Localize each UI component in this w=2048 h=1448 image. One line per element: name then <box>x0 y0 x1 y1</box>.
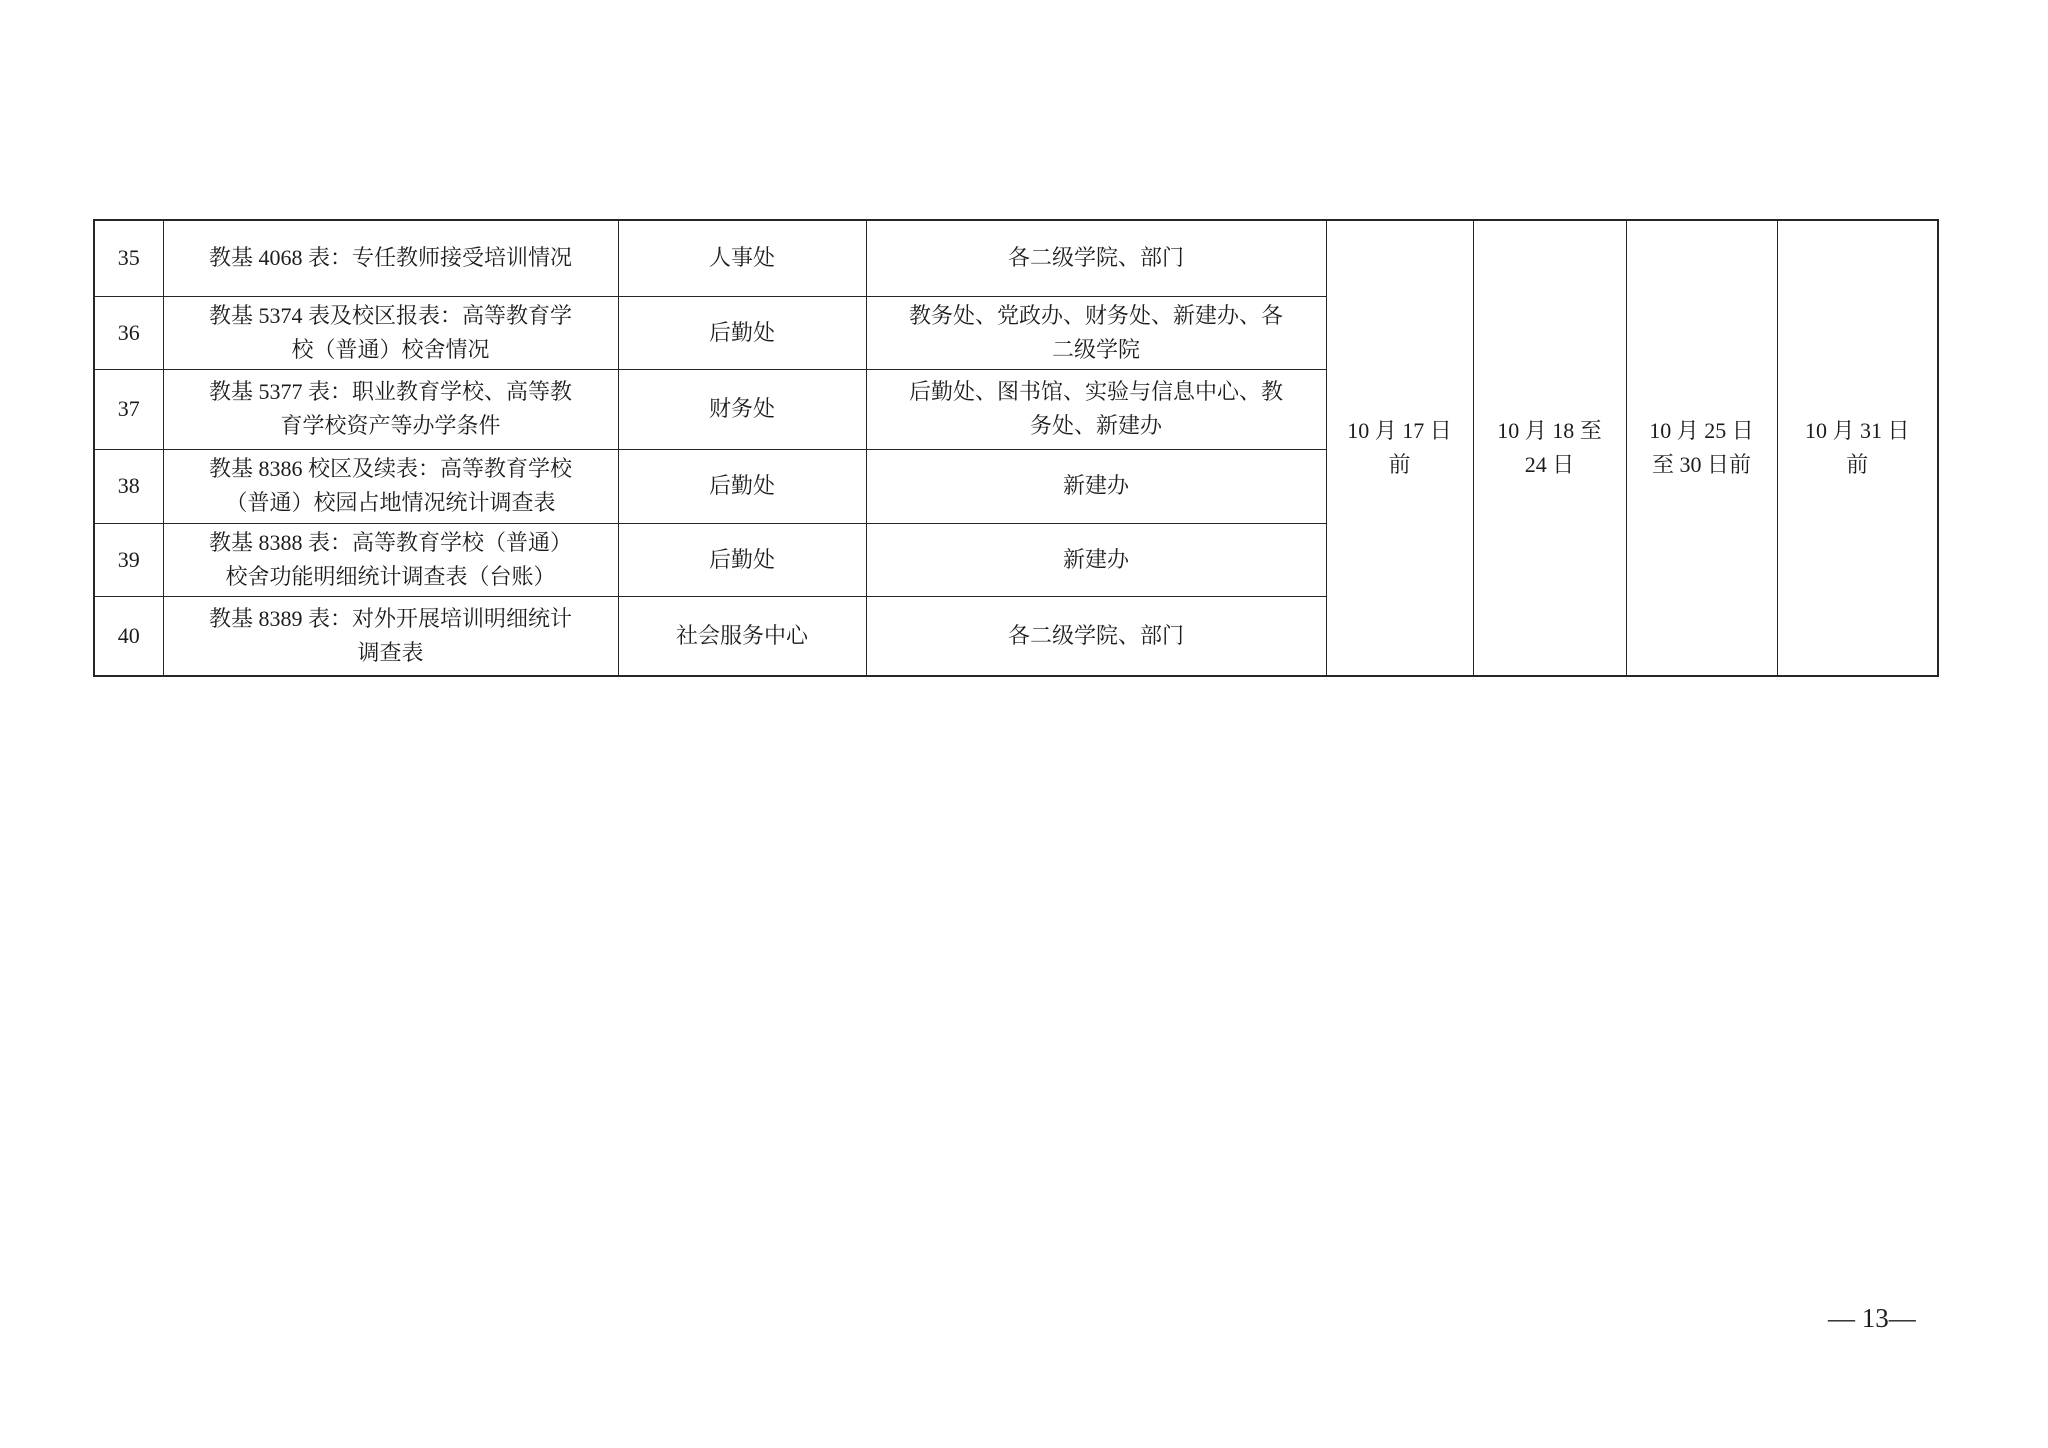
recipients: 各二级学院、部门 <box>866 596 1326 676</box>
submit-department: 后勤处 <box>618 449 866 523</box>
row-number: 36 <box>94 296 163 369</box>
row-number: 38 <box>94 449 163 523</box>
page-number: — 13— <box>1828 1303 1916 1334</box>
recipients: 新建办 <box>866 523 1326 596</box>
recipients: 新建办 <box>866 449 1326 523</box>
submit-department: 财务处 <box>618 369 866 449</box>
row-number: 40 <box>94 596 163 676</box>
recipients: 各二级学院、部门 <box>866 220 1326 296</box>
recipients: 教务处、党政办、财务处、新建办、各 二级学院 <box>866 296 1326 369</box>
recipients: 后勤处、图书馆、实验与信息中心、教 务处、新建办 <box>866 369 1326 449</box>
table-row: 35 教基 4068 表：专任教师接受培训情况 人事处 各二级学院、部门 10 … <box>94 220 1938 296</box>
deadline-column-4: 10 月 31 日 前 <box>1777 220 1938 676</box>
form-name: 教基 4068 表：专任教师接受培训情况 <box>163 220 618 296</box>
schedule-table: 35 教基 4068 表：专任教师接受培训情况 人事处 各二级学院、部门 10 … <box>93 219 1939 677</box>
form-name: 教基 8386 校区及续表：高等教育学校 （普通）校园占地情况统计调查表 <box>163 449 618 523</box>
submit-department: 后勤处 <box>618 523 866 596</box>
form-name: 教基 8389 表：对外开展培训明细统计 调查表 <box>163 596 618 676</box>
deadline-column-2: 10 月 18 至 24 日 <box>1473 220 1626 676</box>
form-name: 教基 5374 表及校区报表：高等教育学 校（普通）校舍情况 <box>163 296 618 369</box>
deadline-column-3: 10 月 25 日 至 30 日前 <box>1626 220 1777 676</box>
submit-department: 社会服务中心 <box>618 596 866 676</box>
row-number: 39 <box>94 523 163 596</box>
document-page: 35 教基 4068 表：专任教师接受培训情况 人事处 各二级学院、部门 10 … <box>0 0 2048 1448</box>
row-number: 37 <box>94 369 163 449</box>
deadline-column-1: 10 月 17 日 前 <box>1326 220 1473 676</box>
form-name: 教基 5377 表：职业教育学校、高等教 育学校资产等办学条件 <box>163 369 618 449</box>
submit-department: 后勤处 <box>618 296 866 369</box>
form-name: 教基 8388 表：高等教育学校（普通） 校舍功能明细统计调查表（台账） <box>163 523 618 596</box>
submit-department: 人事处 <box>618 220 866 296</box>
row-number: 35 <box>94 220 163 296</box>
